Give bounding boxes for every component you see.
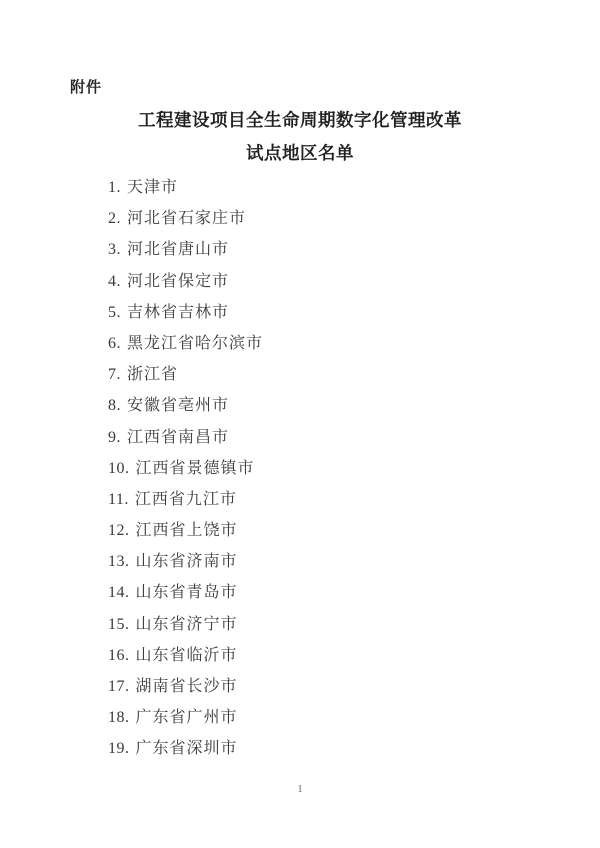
list-item: 6.黑龙江省哈尔滨市	[108, 328, 263, 359]
item-name: 河北省保定市	[127, 273, 229, 290]
list-item: 7.浙江省	[108, 359, 263, 390]
item-number: 8.	[108, 390, 121, 421]
list-item: 18.广东省广州市	[108, 702, 263, 733]
list-item: 3.河北省唐山市	[108, 234, 263, 265]
item-number: 17.	[108, 671, 130, 702]
list-item: 12.江西省上饶市	[108, 515, 263, 546]
list-item: 10.江西省景德镇市	[108, 453, 263, 484]
item-number: 13.	[108, 546, 130, 577]
list-item: 8.安徽省亳州市	[108, 390, 263, 421]
item-number: 18.	[108, 702, 130, 733]
item-name: 江西省上饶市	[136, 522, 238, 539]
list-item: 13.山东省济南市	[108, 546, 263, 577]
list-item: 17.湖南省长沙市	[108, 671, 263, 702]
pilot-areas-list: 1.天津市 2.河北省石家庄市 3.河北省唐山市 4.河北省保定市 5.吉林省吉…	[108, 172, 263, 765]
item-name: 江西省南昌市	[127, 429, 229, 446]
item-number: 11.	[108, 484, 129, 515]
item-number: 4.	[108, 266, 121, 297]
item-number: 2.	[108, 203, 121, 234]
list-item: 5.吉林省吉林市	[108, 297, 263, 328]
item-name: 安徽省亳州市	[127, 397, 229, 414]
item-number: 1.	[108, 172, 121, 203]
item-number: 10.	[108, 453, 130, 484]
item-number: 14.	[108, 577, 130, 608]
list-item: 14.山东省青岛市	[108, 577, 263, 608]
item-number: 12.	[108, 515, 130, 546]
item-number: 9.	[108, 422, 121, 453]
document-title: 工程建设项目全生命周期数字化管理改革 试点地区名单	[0, 104, 600, 170]
item-name: 江西省景德镇市	[136, 460, 255, 477]
item-name: 河北省唐山市	[127, 241, 229, 258]
list-item: 19.广东省深圳市	[108, 733, 263, 764]
item-number: 16.	[108, 640, 130, 671]
item-number: 15.	[108, 609, 130, 640]
list-item: 4.河北省保定市	[108, 266, 263, 297]
item-name: 浙江省	[127, 366, 178, 383]
item-name: 广东省广州市	[136, 709, 238, 726]
item-name: 广东省深圳市	[136, 740, 238, 757]
title-line-2: 试点地区名单	[0, 137, 600, 170]
title-line-1: 工程建设项目全生命周期数字化管理改革	[0, 104, 600, 137]
list-item: 15.山东省济宁市	[108, 609, 263, 640]
item-name: 吉林省吉林市	[127, 304, 229, 321]
item-number: 19.	[108, 733, 130, 764]
item-number: 7.	[108, 359, 121, 390]
item-name: 山东省临沂市	[136, 647, 238, 664]
item-number: 3.	[108, 234, 121, 265]
item-name: 湖南省长沙市	[136, 678, 238, 695]
item-name: 山东省济南市	[136, 553, 238, 570]
item-name: 山东省青岛市	[136, 584, 238, 601]
item-number: 5.	[108, 297, 121, 328]
list-item: 16.山东省临沂市	[108, 640, 263, 671]
list-item: 9.江西省南昌市	[108, 422, 263, 453]
item-name: 黑龙江省哈尔滨市	[127, 335, 263, 352]
item-name: 山东省济宁市	[136, 616, 238, 633]
item-name: 江西省九江市	[135, 491, 237, 508]
list-item: 1.天津市	[108, 172, 263, 203]
item-number: 6.	[108, 328, 121, 359]
list-item: 2.河北省石家庄市	[108, 203, 263, 234]
item-name: 天津市	[127, 179, 178, 196]
page-number: 1	[0, 784, 600, 795]
item-name: 河北省石家庄市	[127, 210, 246, 227]
document-page: 附件 工程建设项目全生命周期数字化管理改革 试点地区名单 1.天津市 2.河北省…	[0, 0, 600, 848]
list-item: 11.江西省九江市	[108, 484, 263, 515]
attachment-label: 附件	[70, 76, 102, 97]
